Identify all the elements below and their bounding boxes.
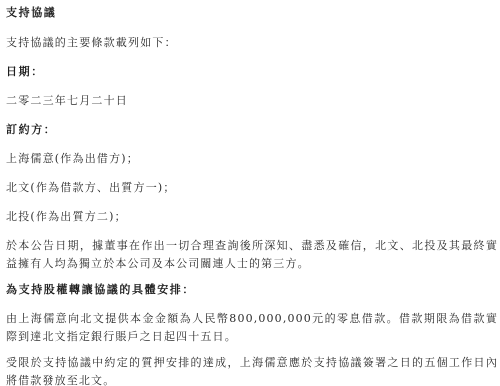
loan-paragraph: 由上海儒意向北文提供本金金額為人民幣800,000,000元的零息借款。借款期限…	[6, 310, 498, 346]
arrangement-heading: 為支持股權轉讓協議的具體安排：	[6, 281, 195, 299]
party-item: 北投(作為出質方二)；	[6, 208, 127, 226]
disbursement-paragraph: 受限於支持協議中約定的質押安排的達成，上海儒意應於支持協議簽署之日的五個工作日內…	[6, 354, 498, 386]
party-item: 北文(作為借款方、出質方一)；	[6, 179, 176, 197]
date-value: 二零二三年七月二十日	[6, 92, 128, 110]
date-label: 日期：	[6, 63, 44, 81]
section-title: 支持協議	[6, 4, 56, 22]
independence-paragraph: 於本公告日期，據董事在作出一切合理查詢後所深知、盡悉及確信，北文、北投及其最終實…	[6, 237, 498, 273]
party-item: 上海儒意(作為出借方)；	[6, 150, 139, 168]
intro-text: 支持協議的主要條款載列如下：	[6, 34, 177, 52]
parties-label: 訂約方：	[6, 121, 56, 139]
